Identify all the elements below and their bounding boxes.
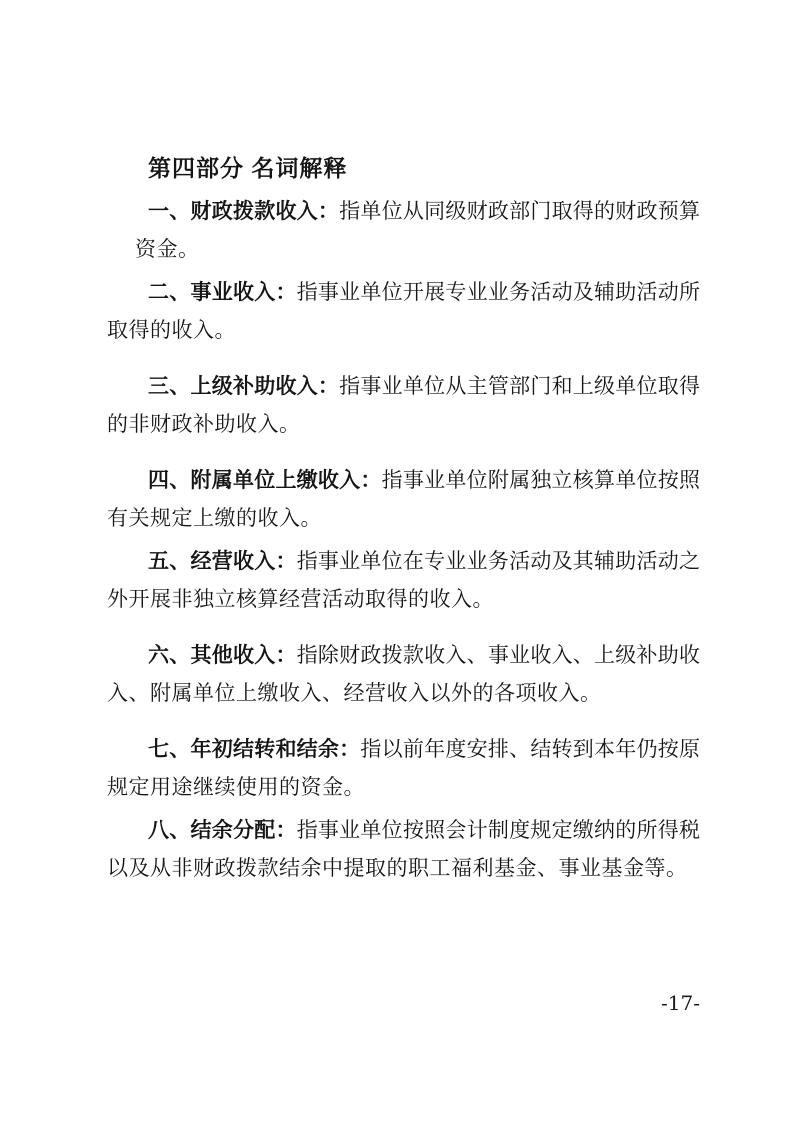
- definition-line: 资金。: [135, 230, 700, 268]
- term-label: 四、附属单位上缴收入：: [148, 468, 382, 492]
- definition-paragraph: 五、经营收入：指事业单位在专业业务活动及其辅助活动之 外开展非独立核算经营活动取…: [107, 542, 700, 618]
- section-title: 第四部分 名词解释: [107, 149, 700, 187]
- definition-text: 指单位从同级财政部门取得的财政预算: [339, 199, 700, 223]
- definition-paragraph: 七、年初结转和结余：指以前年度安排、结转到本年仍按原 规定用途继续使用的资金。: [107, 730, 700, 806]
- definition-line: 六、其他收入：指除财政拨款收入、事业收入、上级补助收: [107, 636, 700, 674]
- definition-line: 四、附属单位上缴收入：指事业单位附属独立核算单位按照: [107, 461, 700, 499]
- definition-text: 指除财政拨款收入、事业收入、上级补助收: [297, 643, 700, 667]
- term-label: 二、事业收入：: [148, 280, 297, 304]
- definition-line: 三、上级补助收入：指事业单位从主管部门和上级单位取得: [107, 367, 700, 405]
- term-label: 一、财政拨款收入：: [148, 199, 339, 223]
- definition-line: 的非财政补助收入。: [107, 405, 700, 443]
- term-label: 八、结余分配：: [148, 818, 297, 842]
- definition-text: 指事业单位开展专业业务活动及辅助活动所: [297, 280, 700, 304]
- definition-paragraph: 二、事业收入：指事业单位开展专业业务活动及辅助活动所 取得的收入。: [107, 273, 700, 349]
- term-label: 五、经营收入：: [148, 549, 297, 573]
- term-label: 三、上级补助收入：: [148, 374, 339, 398]
- glossary-definitions: 一、财政拨款收入：指单位从同级财政部门取得的财政预算 资金。 二、事业收入：指事…: [107, 192, 700, 887]
- definition-line: 一、财政拨款收入：指单位从同级财政部门取得的财政预算: [135, 192, 700, 230]
- page-number: -17-: [661, 990, 700, 1016]
- definition-paragraph: 六、其他收入：指除财政拨款收入、事业收入、上级补助收 入、附属单位上缴收入、经营…: [107, 636, 700, 712]
- term-label: 七、年初结转和结余：: [148, 737, 360, 761]
- definition-paragraph: 四、附属单位上缴收入：指事业单位附属独立核算单位按照 有关规定上缴的收入。: [107, 461, 700, 537]
- definition-paragraph: 八、结余分配：指事业单位按照会计制度规定缴纳的所得税 以及从非财政拨款结余中提取…: [107, 811, 700, 887]
- definition-line: 以及从非财政拨款结余中提取的职工福利基金、事业基金等。: [107, 849, 700, 887]
- definition-line: 二、事业收入：指事业单位开展专业业务活动及辅助活动所: [107, 273, 700, 311]
- definition-line: 八、结余分配：指事业单位按照会计制度规定缴纳的所得税: [107, 811, 700, 849]
- definition-text: 指以前年度安排、结转到本年仍按原: [360, 737, 700, 761]
- definition-line: 有关规定上缴的收入。: [107, 499, 700, 537]
- definition-text: 指事业单位从主管部门和上级单位取得: [339, 374, 700, 398]
- definition-line: 外开展非独立核算经营活动取得的收入。: [107, 580, 700, 618]
- definition-text: 指事业单位在专业业务活动及其辅助活动之: [297, 549, 700, 573]
- definition-paragraph: 一、财政拨款收入：指单位从同级财政部门取得的财政预算 资金。: [135, 192, 700, 268]
- definition-line: 取得的收入。: [107, 311, 700, 349]
- definition-text: 指事业单位附属独立核算单位按照: [382, 468, 700, 492]
- definition-line: 入、附属单位上缴收入、经营收入以外的各项收入。: [107, 674, 700, 712]
- definition-line: 七、年初结转和结余：指以前年度安排、结转到本年仍按原: [107, 730, 700, 768]
- definition-line: 五、经营收入：指事业单位在专业业务活动及其辅助活动之: [107, 542, 700, 580]
- term-label: 六、其他收入：: [148, 643, 297, 667]
- definition-paragraph: 三、上级补助收入：指事业单位从主管部门和上级单位取得 的非财政补助收入。: [107, 367, 700, 443]
- document-page: 第四部分 名词解释 一、财政拨款收入：指单位从同级财政部门取得的财政预算 资金。…: [0, 0, 793, 1122]
- definition-line: 规定用途继续使用的资金。: [107, 768, 700, 806]
- definition-text: 指事业单位按照会计制度规定缴纳的所得税: [297, 818, 700, 842]
